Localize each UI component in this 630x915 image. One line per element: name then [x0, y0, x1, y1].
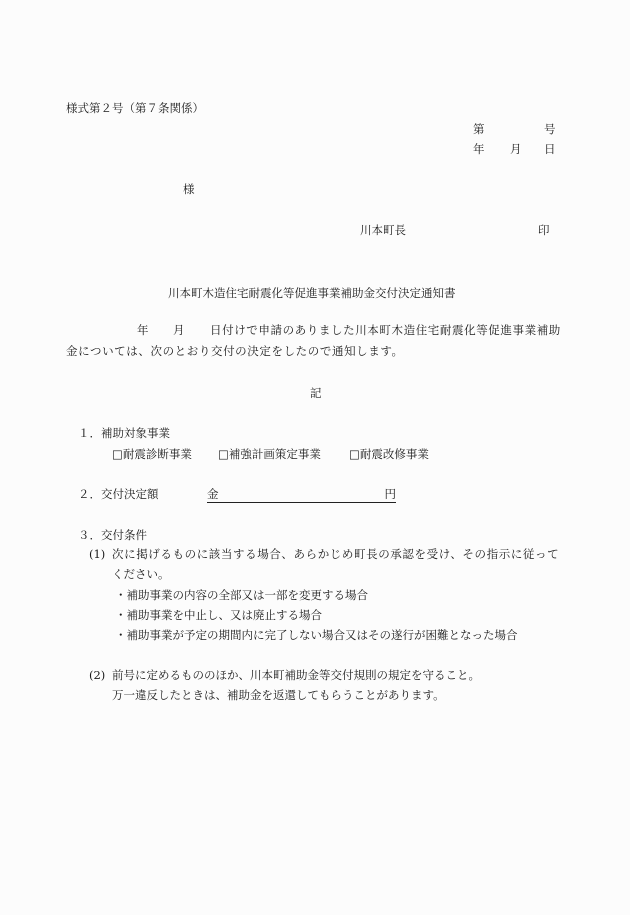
- intro-year: 年: [137, 323, 149, 337]
- option-reinforcement-plan: □補強計画策定事業: [218, 447, 321, 461]
- checkbox-icon[interactable]: □: [218, 447, 229, 461]
- intro-line2: 金については、次のとおり交付の決定をしたので通知します。: [66, 344, 404, 358]
- date-day: 日: [544, 142, 556, 156]
- condition-1-bullet: ・補助事業の内容の全部又は一部を変更する場合: [115, 588, 368, 602]
- form-label: 様式第２号（第７条関係）: [66, 101, 204, 115]
- seal-mark: 印: [538, 223, 550, 237]
- section2-heading: ２．交付決定額: [78, 487, 159, 501]
- intro-month: 月: [173, 323, 185, 337]
- number-prefix: 第: [473, 122, 485, 136]
- condition-2-line1: 前号に定めるもののほか、川本町補助金等交付規則の規定を守ること。: [112, 668, 480, 682]
- number-suffix: 号: [544, 122, 556, 136]
- section3-heading: ３．交付条件: [78, 528, 147, 542]
- condition-2-marker: (2): [89, 668, 105, 682]
- condition-1-line1: 次に掲げるものに該当する場合、あらかじめ町長の承認を受け、その指示に従って: [112, 547, 559, 561]
- checkbox-icon[interactable]: □: [112, 447, 123, 461]
- option-seismic-diagnosis: □耐震診断事業: [112, 447, 192, 461]
- condition-1-marker: (1): [89, 547, 105, 561]
- amount-prefix: 金: [207, 487, 219, 501]
- date-month: 月: [510, 142, 522, 156]
- issuer-name: 川本町長: [360, 223, 406, 237]
- section1-heading: １．補助対象事業: [78, 426, 170, 440]
- condition-1-line2: ください。: [112, 567, 170, 581]
- grant-amount-field[interactable]: 金 円: [207, 487, 396, 503]
- option-seismic-retrofit: □耐震改修事業: [349, 447, 429, 461]
- ki-marker: 記: [310, 386, 322, 400]
- condition-1-bullet: ・補助事業が予定の期間内に完了しない場合又はその遂行が困難となった場合: [115, 628, 518, 642]
- condition-1-bullet: ・補助事業を中止し、又は廃止する場合: [115, 608, 322, 622]
- document-title: 川本町木造住宅耐震化等促進事業補助金交付決定通知書: [168, 286, 456, 300]
- date-year: 年: [473, 142, 485, 156]
- condition-2-line2: 万一違反したときは、補助金を返還してもらうことがあります。: [112, 688, 445, 702]
- intro-line1: 日付けで申請のありました川本町木造住宅耐震化等促進事業補助: [210, 323, 561, 337]
- checkbox-icon[interactable]: □: [349, 447, 360, 461]
- amount-suffix: 円: [385, 487, 397, 501]
- addressee-suffix: 様: [183, 182, 195, 196]
